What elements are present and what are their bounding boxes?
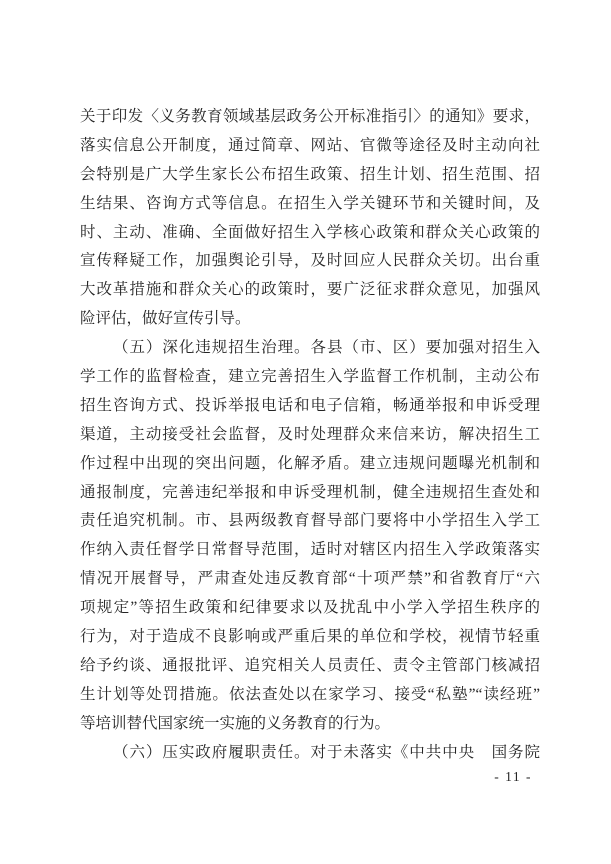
text-line: 生结果、咨询方式等信息。在招生入学关键环节和关键时间，及	[80, 190, 540, 219]
text-line: （五）深化违规招生治理。各县（市、区）要加强对招生入	[80, 334, 540, 363]
text-line: 作纳入责任督学日常督导范围，适时对辖区内招生入学政策落实	[80, 536, 540, 565]
text-line: 通报制度，完善违纪举报和申诉受理机制，健全违规招生查处和	[80, 479, 540, 508]
document-body: 关于印发〈义务教育领域基层政务公开标准指引〉的通知》要求，落实信息公开制度，通过…	[80, 103, 540, 767]
text-line: 时、主动、准确、全面做好招生入学核心政策和群众关心政策的	[80, 219, 540, 248]
text-line: 宣传释疑工作，加强舆论引导，及时回应人民群众关切。出台重	[80, 247, 540, 276]
text-line: 作过程中出现的突出问题，化解矛盾。建立违规问题曝光机制和	[80, 450, 540, 479]
page-number: - 11 -	[80, 768, 532, 786]
text-line: 给予约谈、通报批评、追究相关人员责任、责令主管部门核减招	[80, 652, 540, 681]
text-line: 学工作的监督检查，建立完善招生入学监督工作机制，主动公布	[80, 363, 540, 392]
text-line: 险评估，做好宣传引导。	[80, 305, 540, 334]
text-line: 行为，对于造成不良影响或严重后果的单位和学校，视情节轻重	[80, 623, 540, 652]
text-line: 关于印发〈义务教育领域基层政务公开标准指引〉的通知》要求，	[80, 103, 540, 132]
text-line: 情况开展督导，严肃查处违反教育部“十项严禁”和省教育厅“六	[80, 565, 540, 594]
text-line: 责任追究机制。市、县两级教育督导部门要将中小学招生入学工	[80, 507, 540, 536]
text-line: 渠道，主动接受社会监督，及时处理群众来信来访，解决招生工	[80, 421, 540, 450]
text-line: （六）压实政府履职责任。对于未落实《中共中央 国务院	[80, 739, 540, 768]
text-line: 落实信息公开制度，通过简章、网站、官微等途径及时主动向社	[80, 132, 540, 161]
text-line: 大改革措施和群众关心的政策时，要广泛征求群众意见，加强风	[80, 276, 540, 305]
text-line: 等培训替代国家统一实施的义务教育的行为。	[80, 710, 540, 739]
text-line: 生计划等处罚措施。依法查处以在家学习、接受“私塾”“读经班”	[80, 681, 540, 710]
document-page: 关于印发〈义务教育领域基层政务公开标准指引〉的通知》要求，落实信息公开制度，通过…	[0, 0, 611, 864]
text-line: 会特别是广大学生家长公布招生政策、招生计划、招生范围、招	[80, 161, 540, 190]
text-line: 项规定”等招生政策和纪律要求以及扰乱中小学入学招生秩序的	[80, 594, 540, 623]
text-line: 招生咨询方式、投诉举报电话和电子信箱，畅通举报和申诉受理	[80, 392, 540, 421]
